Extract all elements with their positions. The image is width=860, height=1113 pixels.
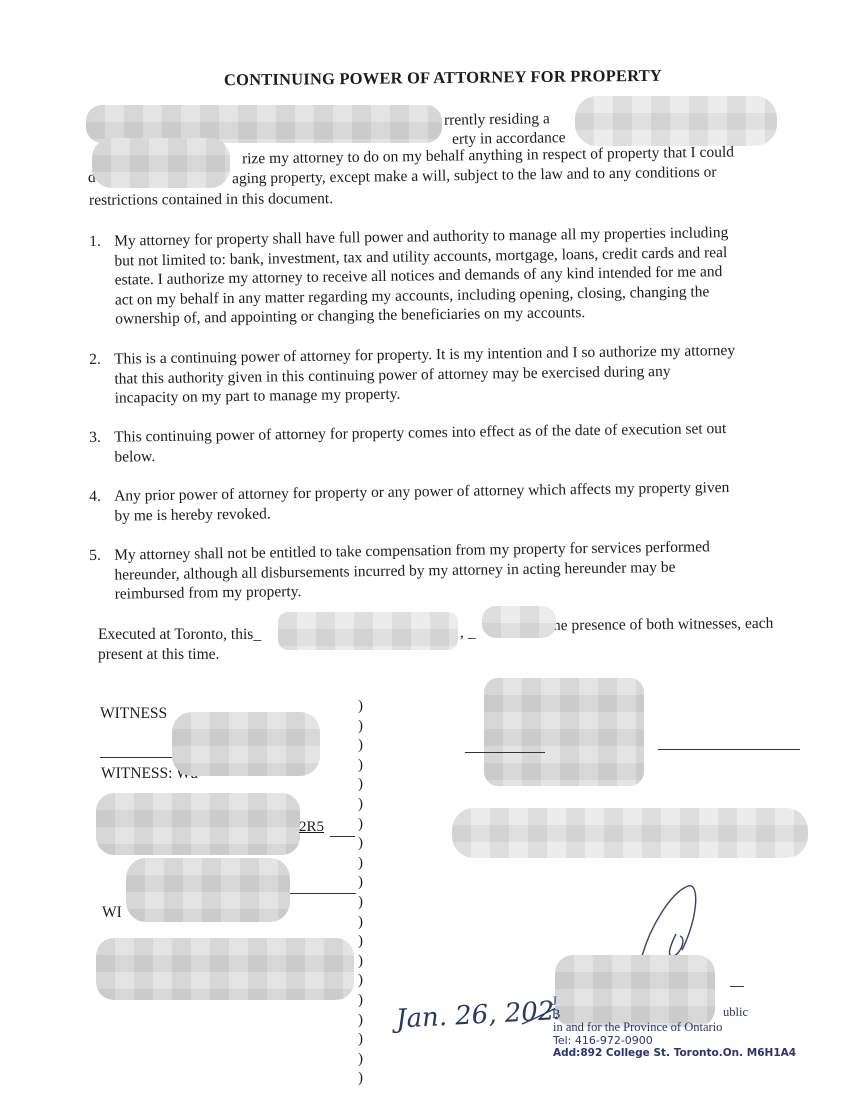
clause-number: 4.: [89, 487, 101, 507]
signatory-signature-line-right: [658, 749, 800, 750]
redaction-block: [278, 612, 458, 650]
clause-4: 4. Any prior power of attorney for prope…: [89, 477, 809, 487]
document-page: CONTINUING POWER OF ATTORNEY FOR PROPERT…: [0, 0, 860, 1113]
execution-prefix: Executed at Toronto, this_: [98, 625, 261, 645]
document-title: CONTINUING POWER OF ATTORNEY FOR PROPERT…: [0, 63, 860, 92]
clause-5: 5. My attorney shall not be entitled to …: [89, 536, 809, 546]
postal-code-fragment: 2R5: [299, 819, 324, 836]
execution-line-2: present at this time.: [98, 645, 219, 665]
stamp-province: in and for the Province of Ontario: [553, 1020, 722, 1034]
clause-2: 2. This is a continuing power of attorne…: [89, 340, 809, 350]
stamp-line-b: B: [552, 1007, 560, 1021]
stamp-public: ublic: [723, 1005, 748, 1019]
stamp-telephone: Tel: 416-972-0900: [553, 1034, 653, 1047]
intro-line-5: restrictions contained in this document.: [89, 189, 333, 210]
stamp-line: [730, 986, 744, 987]
redaction-block: [555, 955, 715, 1027]
witness-3-label: WI: [102, 903, 122, 923]
clause-number: 5.: [89, 546, 101, 566]
execution-middle: , _: [460, 623, 476, 643]
clause-number: 3.: [89, 428, 101, 448]
execution-suffix: ne presence of both witnesses, each: [553, 614, 774, 636]
redaction-block: [452, 808, 808, 858]
redaction-block: [96, 938, 354, 1000]
redaction-block: [96, 793, 300, 855]
redaction-block: [575, 96, 777, 146]
clause-1: 1. My attorney for property shall have f…: [89, 222, 809, 232]
clause-number: 1.: [89, 232, 101, 252]
redaction-block: [126, 858, 290, 922]
redaction-block: [172, 712, 320, 776]
intro-line-1: rrently residing a: [444, 109, 550, 130]
stamp-address: Add:892 College St. Toronto.On. M6H1A4: [553, 1047, 796, 1060]
redaction-block: [484, 678, 644, 786]
witness-1-signature-line: [100, 757, 180, 758]
redaction-block: [92, 138, 230, 188]
stamp-line-j: J: [552, 994, 557, 1008]
bracket-column: )))))))))))))))))))): [358, 697, 363, 1089]
signatory-signature-line-left: [465, 752, 545, 753]
witness-2-signature-line: [290, 893, 356, 894]
address-line: [330, 836, 355, 837]
redaction-block: [482, 606, 556, 638]
witness-1-label: WITNESS: [100, 704, 167, 724]
clause-number: 2.: [89, 350, 101, 370]
clause-3: 3. This continuing power of attorney for…: [89, 418, 809, 428]
